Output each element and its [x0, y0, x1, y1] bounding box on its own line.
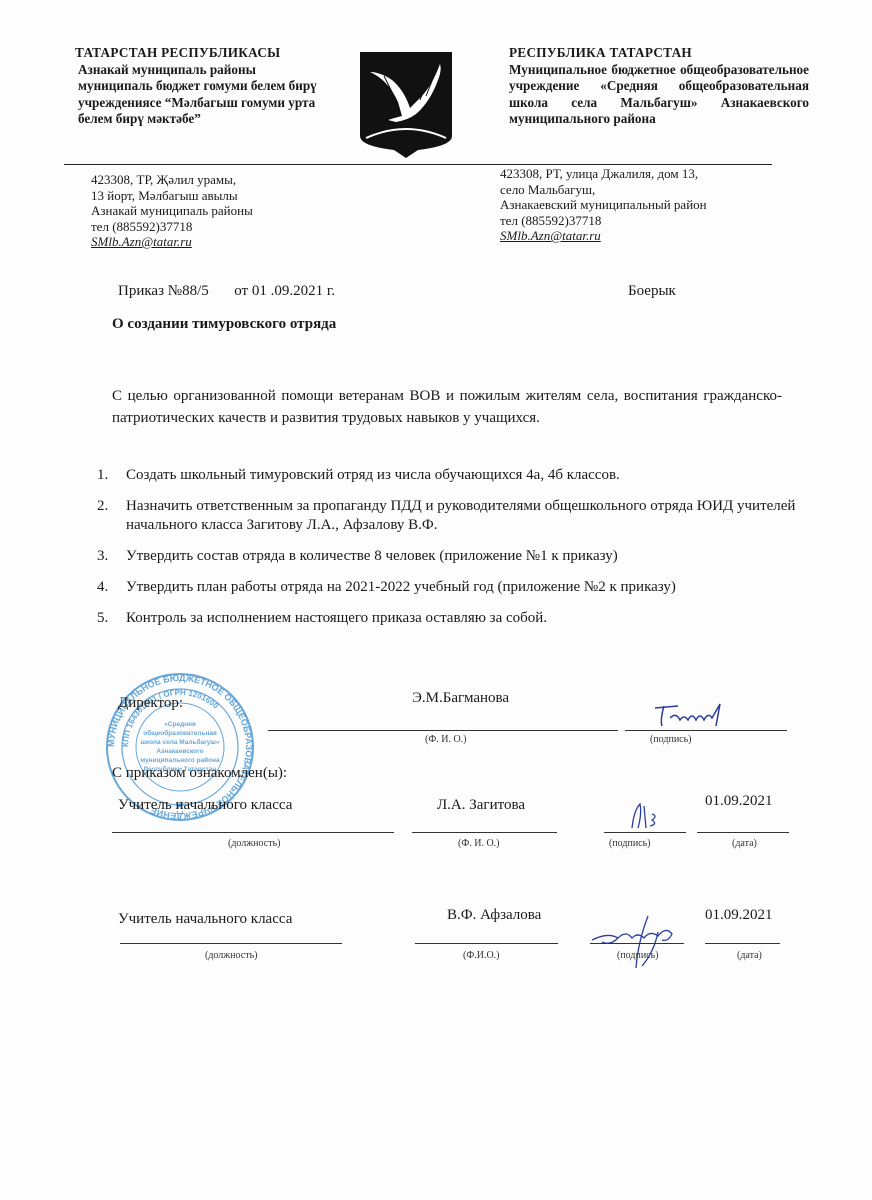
ack-name-line: [415, 943, 558, 944]
item-text: Контроль за исполнением настоящего прика…: [126, 609, 547, 628]
zagitova-signature-icon: [622, 800, 662, 832]
ack-name: Л.А. Загитова: [437, 797, 525, 814]
order-type-tatar: Боерык: [628, 283, 676, 300]
item-text: Утвердить состав отряда в количестве 8 ч…: [126, 547, 618, 566]
ack-date: 01.09.2021: [705, 907, 773, 924]
address-email-link[interactable]: SMlb.Azn@tatar.ru: [500, 228, 707, 244]
address-line: 423308, ТР, Җәлил урамы,: [91, 172, 253, 188]
ack-sign-caption: (подпись): [617, 950, 659, 961]
order-item: 4.Утвердить план работы отряда на 2021-2…: [97, 578, 797, 597]
ack-sign-line: [590, 943, 684, 944]
header-left-line: учреждениясе “Мәлбагыш гомуми урта: [78, 95, 338, 112]
ack-position-caption: (должность): [205, 950, 258, 961]
ack-name-line: [412, 832, 557, 833]
ack-position: Учитель начального класса: [118, 911, 292, 928]
svg-text:Азнакаевского: Азнакаевского: [156, 748, 203, 755]
director-name: Э.М.Багманова: [412, 690, 509, 707]
eagle-crest-icon: [358, 50, 454, 160]
ack-date-line: [705, 943, 780, 944]
address-line: Азнакай муниципаль районы: [91, 203, 253, 219]
director-sign-line: [625, 730, 787, 731]
item-number: 5.: [97, 609, 126, 628]
address-line: 13 йорт, Мәлбагыш авылы: [91, 188, 253, 204]
ack-sign-caption: (подпись): [609, 838, 651, 849]
address-email-link[interactable]: SMlb.Azn@tatar.ru: [91, 234, 253, 250]
acknowledged-label: С приказом ознакомлен(ы):: [112, 765, 287, 782]
header-right-russian: РЕСПУБЛИКА ТАТАРСТАН Муниципальное бюдже…: [509, 45, 809, 128]
address-line: 423308, РТ, улица Джалиля, дом 13,: [500, 166, 707, 182]
item-text: Утвердить план работы отряда на 2021-202…: [126, 578, 676, 597]
item-number: 3.: [97, 547, 126, 566]
header-left-line: белем бирү мәктәбе”: [78, 111, 338, 128]
header-left-line: Азнакай муниципаль районы: [78, 62, 338, 79]
ack-date-caption: (дата): [737, 950, 762, 961]
director-signature-icon: [650, 700, 740, 730]
ack-date: 01.09.2021: [705, 793, 773, 810]
header-right-body: Муниципальное бюджетное общеобразователь…: [509, 62, 809, 128]
header-divider: [64, 164, 772, 165]
ack-sign-line: [604, 832, 686, 833]
ack-name: В.Ф. Афзалова: [447, 907, 541, 924]
svg-text:школа села Мальбагуш»: школа села Мальбагуш»: [141, 738, 220, 746]
svg-text:муниципального района: муниципального района: [140, 756, 220, 764]
order-item: 2.Назначить ответственным за пропаганду …: [97, 497, 797, 535]
director-name-line: [268, 730, 618, 731]
ack-date-line: [697, 832, 789, 833]
item-text: Создать школьный тимуровский отряд из чи…: [126, 466, 620, 485]
order-number: Приказ №88/5: [118, 283, 209, 299]
afzalova-signature-icon: [588, 912, 688, 972]
ack-position: Учитель начального класса: [118, 797, 292, 814]
item-number: 2.: [97, 497, 126, 535]
svg-text:«Средняя: «Средняя: [164, 721, 196, 728]
address-line: село Мальбагуш,: [500, 182, 707, 198]
address-phone: тел (885592)37718: [91, 219, 253, 235]
order-item: 5.Контроль за исполнением настоящего при…: [97, 609, 797, 628]
address-left: 423308, ТР, Җәлил урамы, 13 йорт, Мәлбаг…: [91, 172, 253, 250]
item-number: 1.: [97, 466, 126, 485]
ack-position-caption: (должность): [228, 838, 281, 849]
director-role: Директор:: [118, 695, 183, 712]
ack-date-caption: (дата): [732, 838, 757, 849]
order-intro: С целью организованной помощи ветеранам …: [112, 385, 782, 429]
header-left-title: ТАТАРСТАН РЕСПУБЛИКАСЫ: [75, 45, 338, 62]
header-left-line: муниципаль бюджет гомуми белем бирү: [78, 78, 338, 95]
address-phone: тел (885592)37718: [500, 213, 707, 229]
director-name-caption: (Ф. И. О.): [425, 734, 467, 745]
ack-position-line: [120, 943, 342, 944]
order-item: 1.Создать школьный тимуровский отряд из …: [97, 466, 797, 485]
director-sign-caption: (подпись): [650, 734, 692, 745]
order-items: 1.Создать школьный тимуровский отряд из …: [97, 466, 797, 640]
item-number: 4.: [97, 578, 126, 597]
item-text: Назначить ответственным за пропаганду ПД…: [126, 497, 797, 535]
order-date: от 01 .09.2021 г.: [234, 283, 335, 299]
address-line: Азнакаевский муниципальный район: [500, 197, 707, 213]
ack-name-caption: (Ф. И. О.): [458, 838, 500, 849]
ack-name-caption: (Ф.И.О.): [463, 950, 500, 961]
ack-position-line: [112, 832, 394, 833]
order-number-date: Приказ №88/5 от 01 .09.2021 г.: [118, 283, 335, 300]
header-right-title: РЕСПУБЛИКА ТАТАРСТАН: [509, 45, 809, 62]
order-item: 3.Утвердить состав отряда в количестве 8…: [97, 547, 797, 566]
svg-text:общеобразовательная: общеобразовательная: [143, 729, 217, 737]
address-right: 423308, РТ, улица Джалиля, дом 13, село …: [500, 166, 707, 244]
header-left-tatar: ТАТАРСТАН РЕСПУБЛИКАСЫ Азнакай муниципал…: [78, 45, 338, 128]
order-title: О создании тимуровского отряда: [112, 316, 336, 333]
